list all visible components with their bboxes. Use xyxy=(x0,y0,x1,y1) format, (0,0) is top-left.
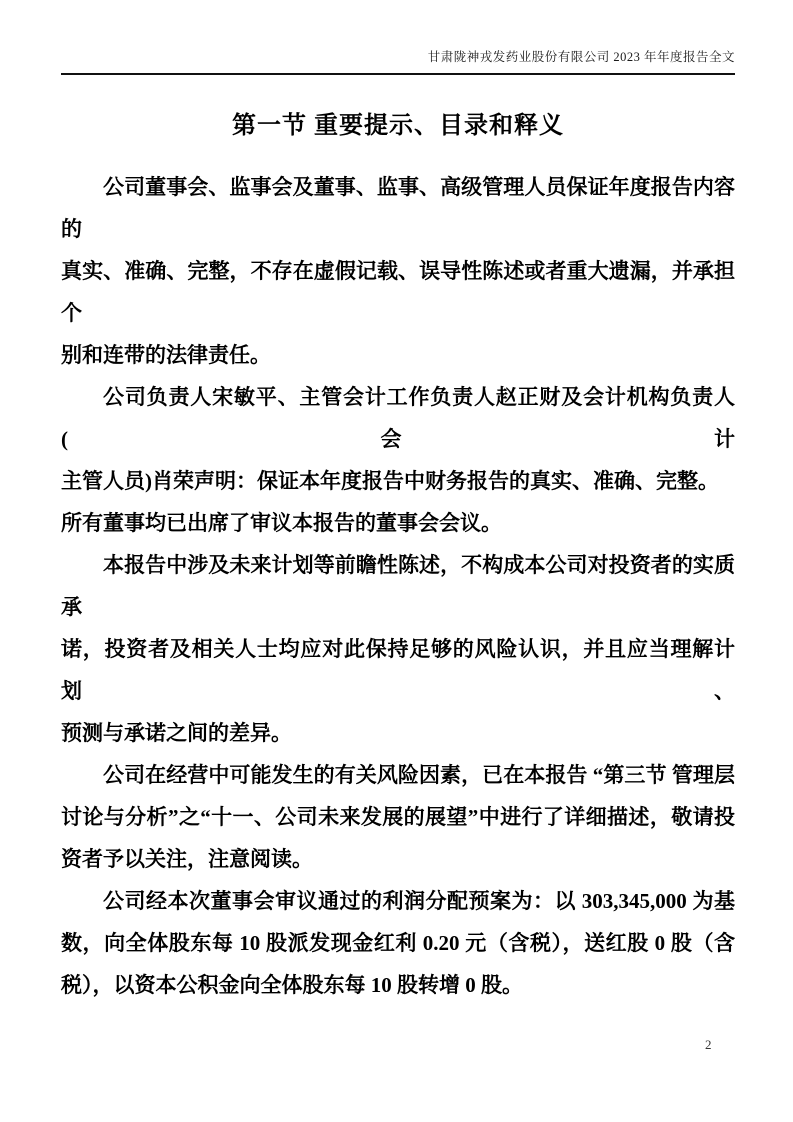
page-number: 2 xyxy=(705,1036,712,1054)
paragraph-profit-distribution: 公司经本次董事会审议通过的利润分配预案为：以 303,345,000 为基 数，… xyxy=(61,880,735,1006)
paragraph-responsibility: 公司董事会、监事会及董事、监事、高级管理人员保证年度报告内容的 真实、准确、完整… xyxy=(61,166,735,376)
text-line: 所有董事均已出席了审议本报告的董事会会议。 xyxy=(61,502,735,544)
paragraph-attendance: 所有董事均已出席了审议本报告的董事会会议。 xyxy=(61,502,735,544)
text-line: 公司董事会、监事会及董事、监事、高级管理人员保证年度报告内容的 xyxy=(61,166,735,250)
text-line: 本报告中涉及未来计划等前瞻性陈述，不构成本公司对投资者的实质承 xyxy=(61,544,735,628)
section-title: 第一节 重要提示、目录和释义 xyxy=(61,108,735,144)
text-line: 诺，投资者及相关人士均应对此保持足够的风险认识，并且应当理解计划、 xyxy=(61,628,735,712)
report-header: 甘肃陇神戎发药业股份有限公司 2023 年年度报告全文 xyxy=(61,48,735,66)
text-line: 真实、准确、完整，不存在虚假记载、误导性陈述或者重大遗漏，并承担个 xyxy=(61,250,735,334)
text-line: 数，向全体股东每 10 股派发现金红利 0.20 元（含税），送红股 0 股（含 xyxy=(61,922,735,964)
paragraph-declaration: 公司负责人宋敏平、主管会计工作负责人赵正财及会计机构负责人(会计 主管人员)肖荣… xyxy=(61,376,735,502)
text-line: 公司经本次董事会审议通过的利润分配预案为：以 303,345,000 为基 xyxy=(61,880,735,922)
text-line: 别和连带的法律责任。 xyxy=(61,334,735,376)
paragraph-forward-looking: 本报告中涉及未来计划等前瞻性陈述，不构成本公司对投资者的实质承 诺，投资者及相关… xyxy=(61,544,735,754)
text-line: 预测与承诺之间的差异。 xyxy=(61,712,735,754)
text-line: 公司在经营中可能发生的有关风险因素，已在本报告 “第三节 管理层 xyxy=(61,754,735,796)
paragraph-risk-factors: 公司在经营中可能发生的有关风险因素，已在本报告 “第三节 管理层 讨论与分析”之… xyxy=(61,754,735,880)
text-line: 主管人员)肖荣声明：保证本年度报告中财务报告的真实、准确、完整。 xyxy=(61,460,735,502)
page-content: 甘肃陇神戎发药业股份有限公司 2023 年年度报告全文 第一节 重要提示、目录和… xyxy=(61,48,735,1006)
text-line: 资者予以关注，注意阅读。 xyxy=(61,838,735,880)
text-line: 讨论与分析”之“十一、公司未来发展的展望”中进行了详细描述，敬请投 xyxy=(61,796,735,838)
header-rule xyxy=(61,73,735,75)
body-text: 公司董事会、监事会及董事、监事、高级管理人员保证年度报告内容的 真实、准确、完整… xyxy=(61,166,735,1006)
text-line: 税），以资本公积金向全体股东每 10 股转增 0 股。 xyxy=(61,964,735,1006)
text-line: 公司负责人宋敏平、主管会计工作负责人赵正财及会计机构负责人(会计 xyxy=(61,376,735,460)
document-page: 甘肃陇神戎发药业股份有限公司 2023 年年度报告全文 第一节 重要提示、目录和… xyxy=(0,0,793,1122)
